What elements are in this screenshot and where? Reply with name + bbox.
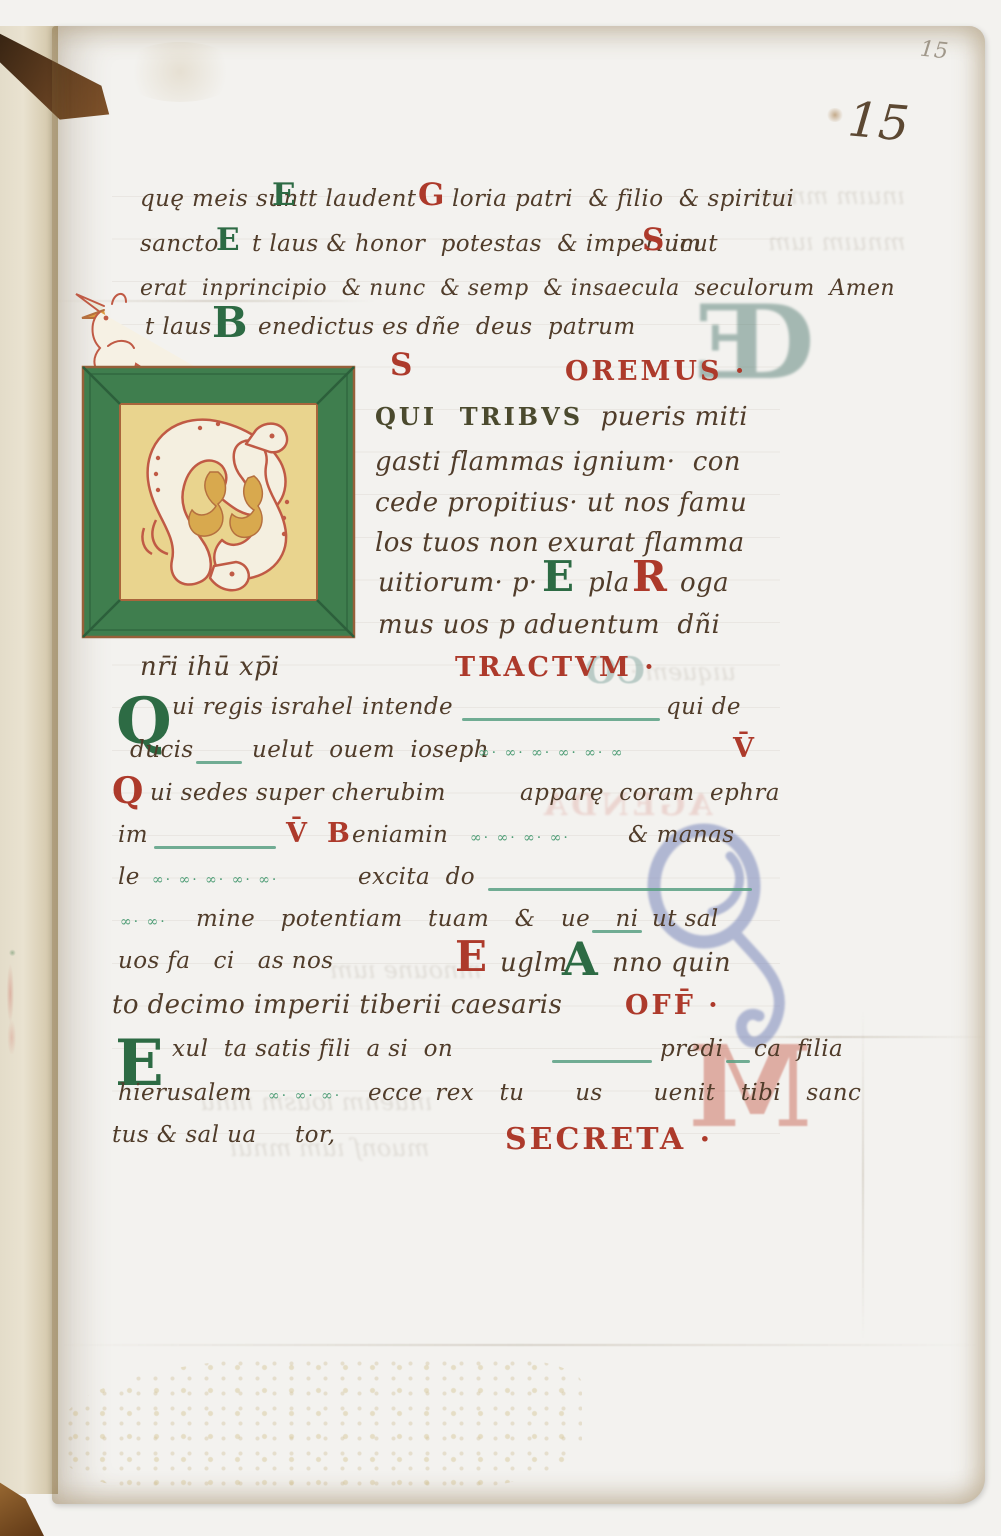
text-segment: ecce rex tu us uenit tibi sanc <box>368 1080 861 1106</box>
versicle-mark: V̄ <box>733 733 754 764</box>
versicle-mark: V̄ B <box>286 818 350 849</box>
text-line: ∞· ∞· mine potentiam tuam & ue ni ut sal <box>0 906 1001 946</box>
rubric-initial: S <box>390 350 413 381</box>
text-segment: & manas <box>628 822 734 848</box>
initial-letter: B <box>212 302 248 344</box>
text-segment: qui de <box>666 694 741 720</box>
display-capitals: QUI TRIBVS <box>375 402 583 431</box>
page-crease <box>60 1344 980 1346</box>
melisma-line <box>592 930 642 933</box>
text-line: erat inprincipio & nunc & semp & insaecu… <box>0 276 1001 316</box>
text-line: cede propitius· ut nos famu <box>0 488 1001 528</box>
rubric-heading: SECRETA · <box>505 1122 713 1157</box>
text-line: uos fa ci as nos E uglm A nno quin <box>0 948 1001 988</box>
text-segment: hierusalem <box>118 1080 260 1106</box>
rubric-heading: OREMUS · <box>565 356 747 387</box>
text-line: le ∞· ∞· ∞· ∞· ∞· excita do <box>0 864 1001 904</box>
text-line: hierusalem ∞· ∞· ∞· ecce rex tu us uenit… <box>0 1080 1001 1120</box>
initial-letter: A <box>562 936 598 982</box>
initial-letter: E <box>216 225 240 256</box>
melisma-line <box>488 888 752 891</box>
initial-letter: E <box>542 556 574 598</box>
melisma-line <box>552 1060 652 1063</box>
melisma-line <box>196 761 242 764</box>
text-line: quę meis sunt E t laudent G loria patri … <box>0 186 1001 226</box>
text-segment: xul ta satis fili a si on <box>172 1036 453 1062</box>
text-segment: uitiorum· p· <box>378 568 538 598</box>
text-segment: erat inprincipio & nunc & semp & insaecu… <box>140 276 895 301</box>
rubric-heading: TRACTVM · <box>455 652 657 683</box>
neume-marks: ∞· ∞· ∞· ∞· <box>470 830 570 846</box>
text-segment: le <box>118 864 140 890</box>
text-segment: cede propitius· ut nos famu <box>375 488 747 518</box>
text-segment: predi <box>660 1036 723 1062</box>
manuscript-photo: Œ CO AGENDA M ınuım mnum mnuım ıum uıque… <box>0 0 1001 1536</box>
initial-letter: S <box>642 225 665 256</box>
neume-marks: ∞· ∞· ∞· ∞· ∞· <box>152 872 278 888</box>
text-segment: nr̄i ihū xp̄i <box>140 652 280 682</box>
text-segment: ui regis israhel <box>172 694 353 720</box>
vellum-mottling <box>62 1356 582 1496</box>
text-segment: loria patri & filio & spiritui <box>452 186 794 212</box>
text-segment: intende <box>362 694 453 720</box>
text-segment: sancto <box>140 231 226 257</box>
text-segment: pueris miti <box>592 402 748 432</box>
text-line: uitiorum· p· E pla R oga <box>0 568 1001 608</box>
melisma-line <box>462 718 660 721</box>
neume-marks: ∞· ∞· ∞· <box>268 1088 341 1104</box>
text-segment: apparę coram ephra <box>520 780 780 806</box>
text-line: mus uos p aduentum dñi <box>0 610 1001 650</box>
text-line: S OREMUS · <box>0 356 1001 396</box>
initial-letter: Q <box>112 773 144 809</box>
text-segment: eniamin <box>352 822 448 848</box>
text-segment: t laudent <box>308 186 424 212</box>
text-line: t laus B enedictus es dñe deus patrum <box>0 314 1001 354</box>
text-segment: ducis <box>130 737 194 763</box>
text-segment: ca filia <box>754 1036 843 1062</box>
initial-letter: E <box>455 936 487 978</box>
text-line: gasti flammas ignium· con <box>0 447 1001 487</box>
text-line: los tuos non exurat flamma <box>0 528 1001 568</box>
text-segment: nno quin <box>612 948 731 978</box>
text-line: QUI TRIBVS pueris miti <box>0 402 1001 442</box>
text-segment: ui sedes super cherubim <box>150 780 446 806</box>
text-segment: uglm <box>500 948 568 978</box>
rubric-heading: OFF̄ · <box>625 990 721 1021</box>
text-line: sancto E t laus & honor potestas & imper… <box>0 231 1001 271</box>
text-segment: excita do <box>358 864 475 890</box>
text-line: E xul ta satis fili a si on predi ca fil… <box>0 1036 1001 1076</box>
melisma-line <box>726 1060 750 1063</box>
text-segment: gasti flammas ignium· con <box>375 447 741 477</box>
text-segment: icut <box>672 231 718 257</box>
folio-number-ink: 15 <box>846 91 912 152</box>
text-line: tus & sal ua tor, SECRETA · <box>0 1122 1001 1162</box>
text-line: to decimo imperii tiberii caesaris OFF̄ … <box>0 990 1001 1030</box>
initial-letter: R <box>632 556 667 598</box>
stain <box>826 108 844 122</box>
text-line: ducis uelut ouem ioseph ∞· ∞· ∞· ∞· ∞· ∞… <box>0 737 1001 777</box>
text-line: im V̄ B eniamin ∞· ∞· ∞· ∞· & manas <box>0 822 1001 862</box>
text-segment: pla <box>588 568 630 598</box>
initial-letter: E <box>272 180 296 211</box>
initial-letter: G <box>418 180 445 211</box>
text-segment: mine potentiam tuam & ue ni <box>196 906 639 932</box>
text-segment: ut sal <box>652 906 719 932</box>
text-segment: uos fa ci as nos <box>118 948 333 974</box>
text-line: Q ui regis israhel intende qui de <box>0 694 1001 734</box>
neume-marks: ∞· ∞· <box>120 914 167 930</box>
neume-marks: ∞· ∞· ∞· ∞· ∞· ∞ <box>478 745 624 761</box>
text-segment: tus & sal ua tor, <box>112 1122 336 1148</box>
text-segment: oga <box>680 568 729 598</box>
folio-number-pencil: 15 <box>919 37 949 65</box>
melisma-line <box>154 846 276 849</box>
stain <box>120 42 240 102</box>
text-segment: uelut ouem ioseph <box>252 737 489 763</box>
text-segment: im <box>118 822 148 848</box>
text-segment: to decimo imperii tiberii caesaris <box>112 990 562 1020</box>
text-segment: enedictus es dñe deus patrum <box>258 314 636 340</box>
text-segment: mus uos p aduentum dñi <box>378 610 720 640</box>
text-line: Q ui sedes super cherubim apparę coram e… <box>0 780 1001 820</box>
